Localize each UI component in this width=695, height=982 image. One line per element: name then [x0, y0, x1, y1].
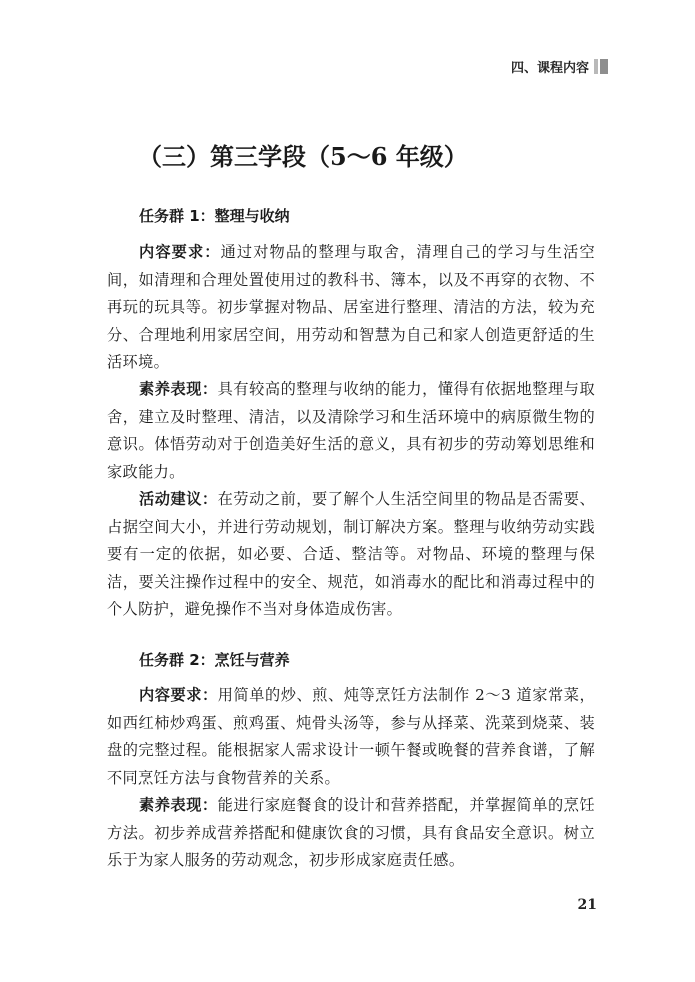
paragraph-text: 通过对物品的整理与取舍，清理自己的学习与生活空间，如清理和合理处置使用过的教科书…	[107, 243, 595, 371]
header-bars-icon	[594, 59, 608, 74]
section-title: （三）第三学段（5～6 年级）	[138, 137, 468, 172]
paragraph-content-requirement: 内容要求：用简单的炒、煎、炖等烹饪方法制作 2～3 道家常菜，如西红柿炒鸡蛋、煎…	[107, 682, 595, 792]
chapter-title: 四、课程内容	[511, 57, 589, 76]
paragraph-label: 素养表现：	[139, 796, 218, 814]
paragraph-label: 素养表现：	[139, 380, 218, 398]
paragraph-label: 内容要求：	[139, 243, 221, 261]
running-head: 四、课程内容	[511, 57, 608, 76]
paragraph-activity-suggestion: 活动建议：在劳动之前，要了解个人生活空间里的物品是否需要、占据空间大小，并进行劳…	[107, 486, 595, 624]
paragraph-label: 活动建议：	[139, 490, 218, 508]
paragraph-text: 在劳动之前，要了解个人生活空间里的物品是否需要、占据空间大小，并进行劳动规划，制…	[107, 490, 595, 618]
paragraph-competency: 素养表现：能进行家庭餐食的设计和营养搭配，并掌握简单的烹饪方法。初步养成营养搭配…	[107, 792, 595, 875]
task-group-heading: 任务群 1：整理与收纳	[139, 205, 290, 226]
page-number: 21	[578, 897, 597, 913]
paragraph-content-requirement: 内容要求：通过对物品的整理与取舍，清理自己的学习与生活空间，如清理和合理处置使用…	[107, 239, 595, 377]
paragraph-label: 内容要求：	[139, 686, 218, 704]
paragraph-competency: 素养表现：具有较高的整理与收纳的能力，懂得有依据地整理与取舍，建立及时整理、清洁…	[107, 376, 595, 486]
task-group-heading: 任务群 2：烹饪与营养	[139, 649, 290, 670]
